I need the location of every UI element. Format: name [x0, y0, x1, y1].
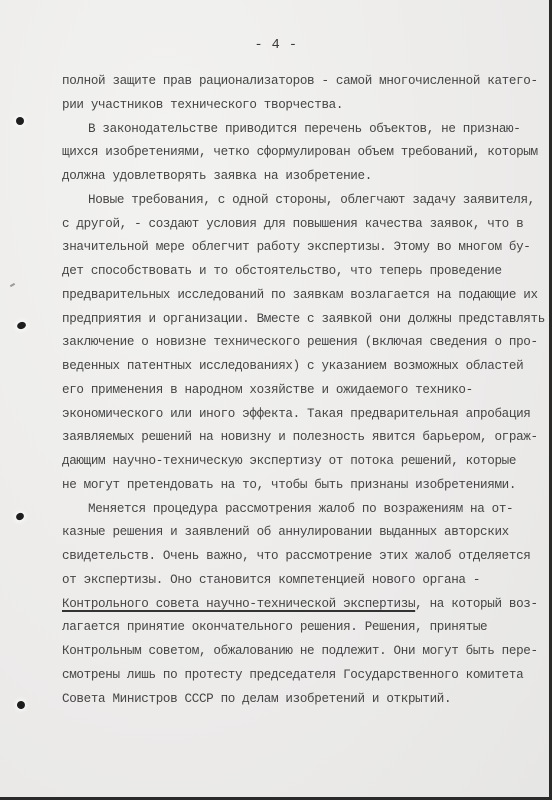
- line-text: его применения в народном хозяйстве и ож…: [62, 383, 473, 397]
- punch-hole: [16, 700, 26, 710]
- line-text: экономического или иного эффекта. Такая …: [62, 407, 531, 421]
- line-text: смотрены лишь по протесту председателя Г…: [62, 668, 523, 682]
- text-line: его применения в народном хозяйстве и ож…: [62, 379, 517, 403]
- line-text: дет способствовать и то обстоятельство, …: [62, 264, 502, 278]
- text-line: веденных патентных исследованиях) с указ…: [62, 355, 517, 379]
- line-text: должна удовлетворять заявка на изобретен…: [62, 169, 372, 183]
- line-text: щихся изобретениями, четко сформулирован…: [62, 145, 538, 159]
- text-line: заключение о новизне технического решени…: [62, 331, 517, 355]
- line-text: лагается принятие окончательного решения…: [62, 620, 487, 634]
- text-line: должна удовлетворять заявка на изобретен…: [62, 165, 517, 189]
- text-line: дающим научно-техническую экспертизу от …: [62, 450, 517, 474]
- underlined-phrase: Контрольного совета научно-технической э…: [62, 597, 415, 611]
- text-line: предприятия и организации. Вместе с заяв…: [62, 308, 517, 332]
- text-line: В законодательстве приводится перечень о…: [62, 118, 517, 142]
- line-text: от экспертизы. Оно становится компетенци…: [62, 573, 480, 587]
- page-number: - 4 -: [0, 38, 552, 53]
- punch-hole: [16, 117, 24, 125]
- text-line: заявляемых решений на новизну и полезнос…: [62, 426, 517, 450]
- line-text: веденных патентных исследованиях) с указ…: [62, 359, 523, 373]
- line-text: свидетельств. Очень важно, что рассмотре…: [62, 549, 531, 563]
- text-line: дет способствовать и то обстоятельство, …: [62, 260, 517, 284]
- text-line: Новые требования, с одной стороны, облег…: [62, 189, 517, 213]
- line-text: предварительных исследований по заявкам …: [62, 288, 538, 302]
- line-text: заключение о новизне технического решени…: [62, 335, 538, 349]
- punch-hole: [15, 512, 25, 522]
- line-text: рии участников технического творчества.: [62, 98, 343, 112]
- line-text: Меняется процедура рассмотрения жалоб по…: [88, 502, 513, 516]
- document-page: - 4 - полной защите прав рационализаторо…: [0, 0, 552, 800]
- text-line: Контрольным советом, обжалованию не подл…: [62, 640, 517, 664]
- text-line: от экспертизы. Оно становится компетенци…: [62, 569, 517, 593]
- document-body: полной защите прав рационализаторов - са…: [62, 70, 517, 711]
- line-text: В законодательстве приводится перечень о…: [88, 122, 520, 136]
- text-line: рии участников технического творчества.: [62, 94, 517, 118]
- text-line: лагается принятие окончательного решения…: [62, 616, 517, 640]
- text-line: Контрольного совета научно-технической э…: [62, 593, 517, 617]
- text-line: свидетельств. Очень важно, что рассмотре…: [62, 545, 517, 569]
- line-text: значительной мере облегчит работу экспер…: [62, 240, 531, 254]
- text-line: экономического или иного эффекта. Такая …: [62, 403, 517, 427]
- text-line: не могут претендовать на то, чтобы быть …: [62, 474, 517, 498]
- text-line: Меняется процедура рассмотрения жалоб по…: [62, 498, 517, 522]
- punch-hole: [16, 321, 27, 331]
- paper-speck: [10, 283, 15, 287]
- line-text: не могут претендовать на то, чтобы быть …: [62, 478, 516, 492]
- line-text: предприятия и организации. Вместе с заяв…: [62, 312, 545, 326]
- text-line: щихся изобретениями, четко сформулирован…: [62, 141, 517, 165]
- text-line: полной защите прав рационализаторов - са…: [62, 70, 517, 94]
- text-line: с другой, - создают условия для повышени…: [62, 213, 517, 237]
- line-text: полной защите прав рационализаторов - са…: [62, 74, 538, 88]
- text-line: предварительных исследований по заявкам …: [62, 284, 517, 308]
- text-line: значительной мере облегчит работу экспер…: [62, 236, 517, 260]
- text-line: Совета Министров СССР по делам изобретен…: [62, 688, 517, 712]
- text-line: казные решения и заявлений об аннулирова…: [62, 521, 517, 545]
- line-text: Совета Министров СССР по делам изобретен…: [62, 692, 451, 706]
- line-text: , на который воз-: [415, 597, 538, 611]
- line-text: дающим научно-техническую экспертизу от …: [62, 454, 516, 468]
- text-line: смотрены лишь по протесту председателя Г…: [62, 664, 517, 688]
- line-text: с другой, - создают условия для повышени…: [62, 217, 523, 231]
- line-text: Контрольным советом, обжалованию не подл…: [62, 644, 538, 658]
- line-text: заявляемых решений на новизну и полезнос…: [62, 430, 538, 444]
- line-text: Новые требования, с одной стороны, облег…: [88, 193, 535, 207]
- line-text: казные решения и заявлений об аннулирова…: [62, 525, 509, 539]
